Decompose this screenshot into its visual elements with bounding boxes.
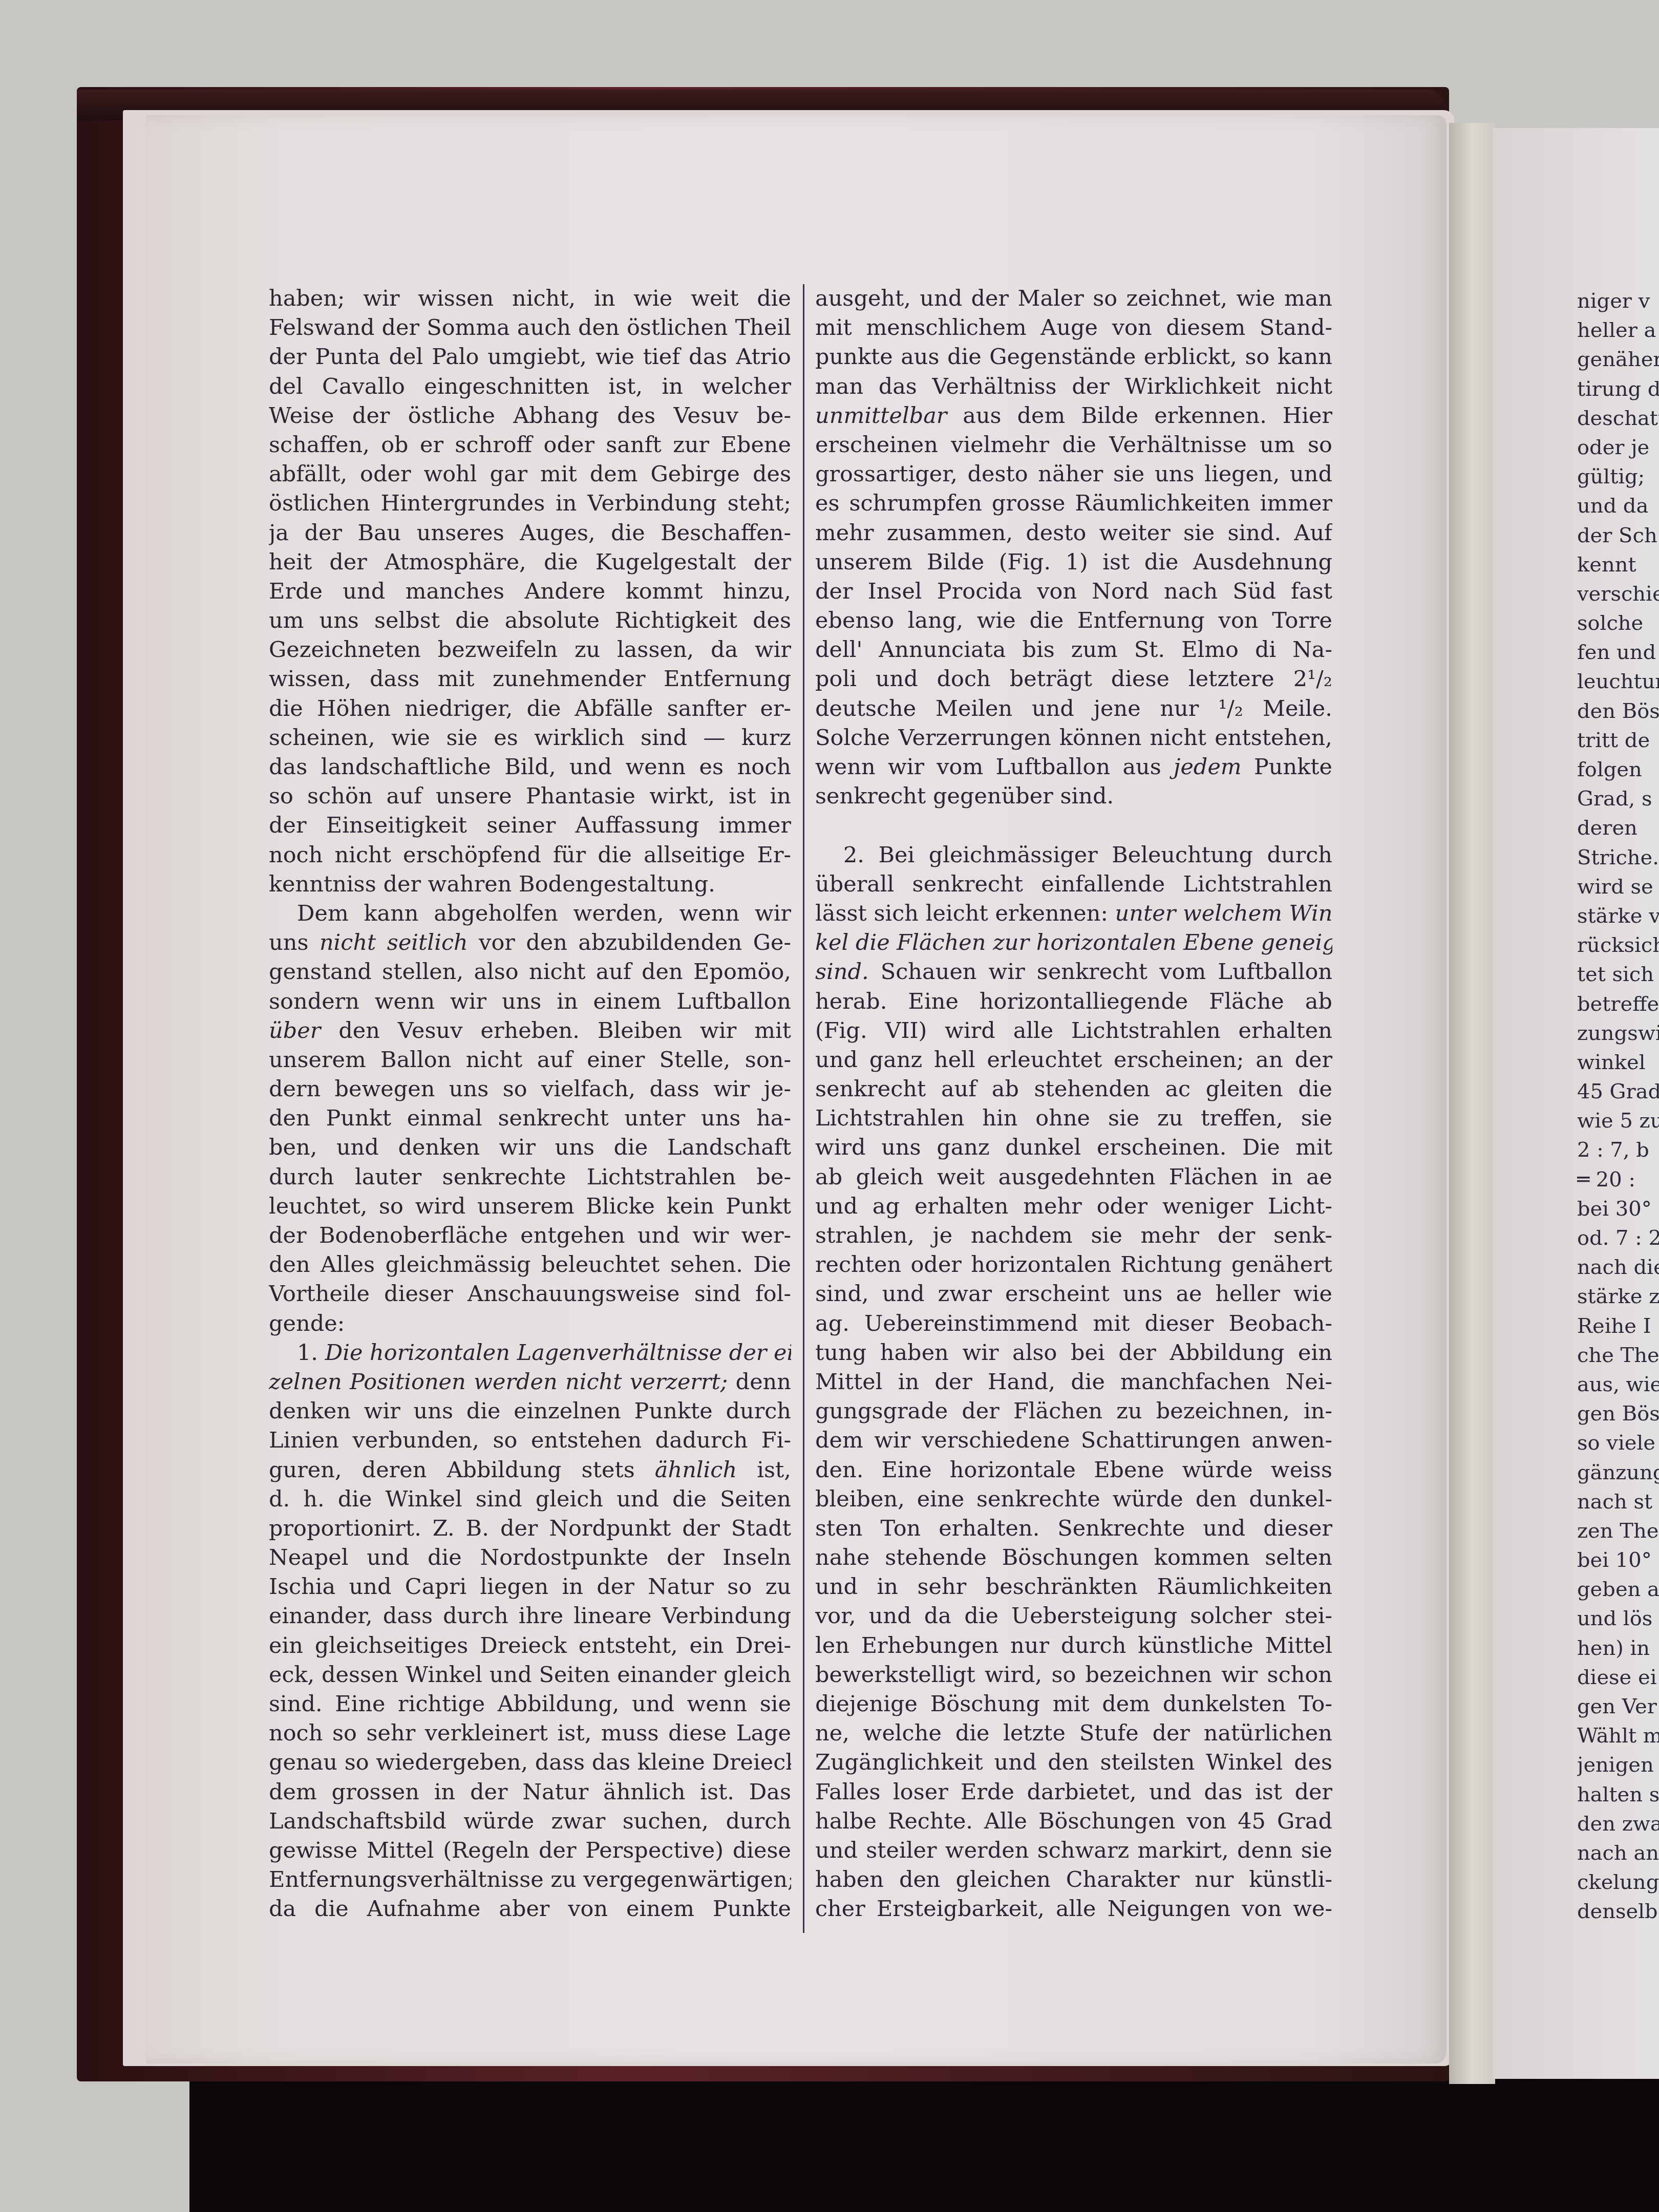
text-line: Lichtstrahlen hin ohne sie zu treffen, s… [815, 1104, 1332, 1133]
fragment-line: hen) in [1577, 1634, 1659, 1663]
fragment-line: Striche. [1577, 843, 1659, 873]
fragment-line: Wählt m [1577, 1721, 1659, 1751]
column-divider-rule [803, 284, 804, 1933]
text-line: noch so sehr verkleinert ist, muss diese… [269, 1719, 791, 1748]
fragment-line: und lös [1577, 1604, 1659, 1633]
text-line: zelnen Positionen werden nicht verzerrt;… [269, 1368, 791, 1397]
text-line: del Cavallo eingeschnitten ist, in welch… [269, 372, 791, 401]
text-line: sind. Schauen wir senkrecht vom Luftball… [815, 958, 1332, 987]
text-line: 2. Bei gleichmässiger Beleuchtung durch [815, 841, 1332, 870]
fragment-line: nach an [1577, 1839, 1659, 1868]
table-shadow [189, 2074, 1659, 2212]
text-line: grossartiger, desto näher sie uns liegen… [815, 460, 1332, 489]
text-line: einander, dass durch ihre lineare Verbin… [269, 1602, 791, 1631]
text-line: Landschaftsbild würde zwar suchen, durch [269, 1807, 791, 1836]
emphasis: kel die Flächen zur horizontalen Ebene g… [815, 930, 1332, 955]
text-line: cher Ersteigbarkeit, alle Neigungen von … [815, 1895, 1332, 1924]
text-line: Weise der östliche Abhang des Vesuv be- [269, 401, 791, 431]
fragment-line: ckelunge [1577, 1868, 1659, 1897]
text-line: und ag erhalten mehr oder weniger Licht- [815, 1192, 1332, 1221]
text-line: und ganz hell erleuchtet erscheinen; an … [815, 1046, 1332, 1075]
text-line: senkrecht auf ab stehenden ac gleiten di… [815, 1075, 1332, 1104]
right-page-text-fragment: niger vheller agenähertirung ddeschattod… [1577, 287, 1659, 1927]
text-line: ja der Bau unseres Auges, die Beschaffen… [269, 519, 791, 548]
text-line: östlichen Hintergrundes in Verbindung st… [269, 489, 791, 518]
fragment-line: jenigen [1577, 1751, 1659, 1780]
fragment-line: ═ 20 : [1577, 1165, 1659, 1195]
text-line: tung haben wir also bei der Abbildung ei… [815, 1338, 1332, 1368]
fragment-line: bei 30° [1577, 1195, 1659, 1224]
fragment-line: den zwa [1577, 1810, 1659, 1839]
fragment-line: Grad, s [1577, 784, 1659, 814]
text-line: der Punta del Palo umgiebt, wie tief das… [269, 343, 791, 372]
text-line: die Höhen niedriger, die Abfälle sanfter… [269, 694, 791, 724]
text-line: Neapel und die Nordostpunkte der Inseln [269, 1543, 791, 1572]
fragment-line: den Bös [1577, 697, 1659, 726]
text-line: ein gleichseitiges Dreieck entsteht, ein… [269, 1631, 791, 1661]
emphasis: jedem [1174, 754, 1242, 780]
fragment-line: oder je [1577, 433, 1659, 462]
text-line: sten Ton erhalten. Senkrechte und dieser [815, 1514, 1332, 1543]
fragment-line: 45 Grad [1577, 1077, 1659, 1107]
fragment-line: bei 10° [1577, 1546, 1659, 1575]
right-text-column: ausgeht, und der Maler so zeichnet, wie … [815, 284, 1332, 1924]
fragment-line: diese ei [1577, 1663, 1659, 1692]
left-text-column: haben; wir wissen nicht, in wie weit die… [269, 284, 791, 1924]
fragment-line: winkel [1577, 1048, 1659, 1077]
text-line: lässt sich leicht erkennen: unter welche… [815, 899, 1332, 928]
fragment-line: heller a [1577, 316, 1659, 345]
text-line: unserem Ballon nicht auf einer Stelle, s… [269, 1046, 791, 1075]
fragment-line: rücksich [1577, 931, 1659, 960]
text-line: sind, und zwar erscheint uns ae heller w… [815, 1280, 1332, 1309]
emphasis: sind. [815, 959, 869, 985]
emphasis: unter welchem Win- [1115, 901, 1332, 926]
fragment-line: verschie [1577, 580, 1659, 609]
fragment-line: che The [1577, 1341, 1659, 1370]
fragment-line: nach die [1577, 1253, 1659, 1282]
fragment-line: tet sich [1577, 960, 1659, 989]
text-line: und in sehr beschränkten Räumlichkeiten [815, 1572, 1332, 1602]
fragment-line: solche [1577, 609, 1659, 638]
text-line: senkrecht gegenüber sind. [815, 782, 1332, 811]
emphasis: über [269, 1018, 321, 1044]
text-line: den Punkt einmal senkrecht unter uns ha- [269, 1104, 791, 1133]
text-line: proportionirt. Z. B. der Nordpunkt der S… [269, 1514, 791, 1543]
text-line: Linien verbunden, so entstehen dadurch F… [269, 1426, 791, 1455]
text-line: Mittel in der Hand, die manchfachen Nei- [815, 1368, 1332, 1397]
text-line: wird uns ganz dunkel erscheinen. Die mit [815, 1133, 1332, 1162]
fragment-line: leuchtun [1577, 667, 1659, 696]
text-line: rechten oder horizontalen Richtung genäh… [815, 1250, 1332, 1280]
fragment-line: Reihe I [1577, 1312, 1659, 1341]
fragment-line: 2 : 7, b [1577, 1136, 1659, 1165]
text-line: kel die Flächen zur horizontalen Ebene g… [815, 928, 1332, 958]
text-line: (Fig. VII) wird alle Lichtstrahlen erhal… [815, 1016, 1332, 1046]
text-line: um uns selbst die absolute Richtigkeit d… [269, 606, 791, 635]
text-line: erscheinen vielmehr die Verhältnisse um … [815, 431, 1332, 460]
fragment-line: nach st [1577, 1487, 1659, 1517]
text-line: ne, welche die letzte Stufe der natürlic… [815, 1719, 1332, 1748]
text-line: den Alles gleichmässig beleuchtet sehen.… [269, 1250, 791, 1280]
text-line: über den Vesuv erheben. Bleiben wir mit [269, 1016, 791, 1046]
text-line: den. Eine horizontale Ebene würde weiss [815, 1456, 1332, 1485]
text-line: Zugänglichkeit und den steilsten Winkel … [815, 1748, 1332, 1777]
text-line: len Erhebungen nur durch künstliche Mitt… [815, 1631, 1332, 1661]
paragraph-gap [815, 811, 1332, 840]
text-line: abfällt, oder wohl gar mit dem Gebirge d… [269, 460, 791, 489]
text-line: mehr zusammen, desto weiter sie sind. Au… [815, 519, 1332, 548]
text-line: haben den gleichen Charakter nur künstli… [815, 1865, 1332, 1895]
fragment-line: aus, wie [1577, 1370, 1659, 1399]
text-line: genau so wiedergeben, dass das kleine Dr… [269, 1748, 791, 1777]
text-line: der Einseitigkeit seiner Auffassung imme… [269, 811, 791, 840]
fragment-line: stärke v [1577, 902, 1659, 931]
text-line: ben, und denken wir uns die Landschaft [269, 1133, 791, 1162]
fragment-line: gänzung [1577, 1458, 1659, 1487]
text-line: überall senkrecht einfallende Lichtstrah… [815, 870, 1332, 899]
text-line: bewerkstelligt wird, so bezeichnen wir s… [815, 1661, 1332, 1690]
fragment-line: wird se [1577, 873, 1659, 902]
fragment-line: niger v [1577, 287, 1659, 316]
text-line: es schrumpfen grosse Räumlichkeiten imme… [815, 489, 1332, 518]
text-line: gewisse Mittel (Regeln der Perspective) … [269, 1836, 791, 1865]
fragment-line: tirung d [1577, 375, 1659, 404]
emphasis: zelnen Positionen werden nicht verzerrt; [269, 1369, 728, 1395]
text-line: durch lauter senkrechte Lichtstrahlen be… [269, 1163, 791, 1192]
fragment-line: denselbe [1577, 1897, 1659, 1926]
fragment-line: gen Bös [1577, 1399, 1659, 1429]
book-gutter [1449, 123, 1495, 2084]
text-line: Falles loser Erde darbietet, und das ist… [815, 1778, 1332, 1807]
text-line: ab gleich weit ausgedehnten Flächen in a… [815, 1163, 1332, 1192]
fragment-line: betreffen [1577, 990, 1659, 1019]
fragment-line: deren [1577, 814, 1659, 843]
text-line: dem wir verschiedene Schattirungen anwen… [815, 1426, 1332, 1455]
fragment-line: kennt [1577, 550, 1659, 580]
fragment-line: halten s [1577, 1780, 1659, 1810]
text-line: Entfernungsverhältnisse zu vergegenwärti… [269, 1865, 791, 1895]
text-line: dell' Annunciata bis zum St. Elmo di Na- [815, 635, 1332, 665]
text-line: wissen, dass mit zunehmender Entfernung [269, 665, 791, 694]
text-line: ag. Uebereinstimmend mit dieser Beobach- [815, 1309, 1332, 1338]
fragment-line: deschatt [1577, 404, 1659, 433]
text-line: schaffen, ob er schroff oder sanft zur E… [269, 431, 791, 460]
text-line: und steiler werden schwarz markirt, denn… [815, 1836, 1332, 1865]
text-line: haben; wir wissen nicht, in wie weit die [269, 284, 791, 313]
text-line: gungsgrade der Flächen zu bezeichnen, in… [815, 1397, 1332, 1426]
fragment-line: stärke z [1577, 1282, 1659, 1311]
text-line: deutsche Meilen und jene nur ¹/₂ Meile. [815, 694, 1332, 724]
fragment-line: wie 5 zu [1577, 1107, 1659, 1136]
text-line: dern bewegen uns so vielfach, dass wir j… [269, 1075, 791, 1104]
text-line: unserem Bilde (Fig. 1) ist die Ausdehnun… [815, 548, 1332, 577]
text-line: diejenige Böschung mit dem dunkelsten To… [815, 1690, 1332, 1719]
text-line: nahe stehende Böschungen kommen selten [815, 1543, 1332, 1572]
fragment-line: so viele [1577, 1429, 1659, 1458]
text-line: eck, dessen Winkel und Seiten einander g… [269, 1661, 791, 1690]
fragment-line: od. 7 : 2 [1577, 1224, 1659, 1253]
text-line: gende: [269, 1309, 791, 1338]
emphasis: Die horizontalen Lagenverhältnisse der e… [325, 1340, 791, 1366]
fragment-line: gültig; [1577, 462, 1659, 492]
text-line: bleiben, eine senkrechte würde den dunke… [815, 1485, 1332, 1514]
fragment-line: geben a [1577, 1575, 1659, 1604]
text-line: der Insel Procida von Nord nach Süd fast [815, 577, 1332, 606]
text-line: guren, deren Abbildung stets ähnlich ist… [269, 1456, 791, 1485]
text-line: mit menschlichem Auge von diesem Stand- [815, 313, 1332, 343]
text-line: denken wir uns die einzelnen Punkte durc… [269, 1397, 791, 1426]
text-line: d. h. die Winkel sind gleich und die Sei… [269, 1485, 791, 1514]
text-line: unmittelbar aus dem Bilde erkennen. Hier [815, 401, 1332, 431]
text-line: poli und doch beträgt diese letztere 2¹/… [815, 665, 1332, 694]
fragment-line: genäher [1577, 345, 1659, 374]
fragment-line: fen und [1577, 638, 1659, 667]
fragment-line: der Sch [1577, 521, 1659, 550]
fragment-line: tritt de [1577, 726, 1659, 755]
text-line: genstand stellen, also nicht auf den Epo… [269, 958, 791, 987]
text-line: dem grossen in der Natur ähnlich ist. Da… [269, 1778, 791, 1807]
text-line: Dem kann abgeholfen werden, wenn wir [269, 899, 791, 928]
fragment-line: gen Ver [1577, 1692, 1659, 1721]
text-line: 1. Die horizontalen Lagenverhältnisse de… [269, 1338, 791, 1368]
text-line: Vortheile dieser Anschauungsweise sind f… [269, 1280, 791, 1309]
text-line: vor, und da die Uebersteigung solcher st… [815, 1602, 1332, 1631]
text-line: scheinen, wie sie es wirklich sind — kur… [269, 724, 791, 753]
text-line: Gezeichneten bezweifeln zu lassen, da wi… [269, 635, 791, 665]
text-line: halbe Rechte. Alle Böschungen von 45 Gra… [815, 1807, 1332, 1836]
emphasis: ähnlich [655, 1457, 737, 1483]
text-line: da die Aufnahme aber von einem Punkte [269, 1895, 791, 1924]
text-line: herab. Eine horizontalliegende Fläche ab [815, 987, 1332, 1016]
text-line: Solche Verzerrungen können nicht entsteh… [815, 724, 1332, 753]
emphasis: unmittelbar [815, 403, 947, 429]
text-line: wenn wir vom Luftballon aus jedem Punkte [815, 753, 1332, 782]
text-line: so schön auf unsere Phantasie wirkt, ist… [269, 782, 791, 811]
text-line: Ischia und Capri liegen in der Natur so … [269, 1572, 791, 1602]
text-line: Erde und manches Andere kommt hinzu, [269, 577, 791, 606]
text-line: strahlen, je nachdem sie mehr der senk- [815, 1221, 1332, 1250]
text-line: sondern wenn wir uns in einem Luftballon [269, 987, 791, 1016]
text-line: heit der Atmosphäre, die Kugelgestalt de… [269, 548, 791, 577]
text-line: leuchtet, so wird unserem Blicke kein Pu… [269, 1192, 791, 1221]
text-line: ausgeht, und der Maler so zeichnet, wie … [815, 284, 1332, 313]
text-line: man das Verhältniss der Wirklichkeit nic… [815, 372, 1332, 401]
emphasis: nicht seitlich [320, 930, 468, 955]
text-line: Felswand der Somma auch den östlichen Th… [269, 313, 791, 343]
text-line: der Bodenoberfläche entgehen und wir wer… [269, 1221, 791, 1250]
fragment-line: zungswin [1577, 1019, 1659, 1048]
fragment-line: und da [1577, 492, 1659, 521]
text-line: noch nicht erschöpfend für die allseitig… [269, 841, 791, 870]
fragment-line: zen The [1577, 1517, 1659, 1546]
text-line: das landschaftliche Bild, und wenn es no… [269, 753, 791, 782]
text-line: punkte aus die Gegenstände erblickt, so … [815, 343, 1332, 372]
text-line: uns nicht seitlich vor den abzubildenden… [269, 928, 791, 958]
text-line: sind. Eine richtige Abbildung, und wenn … [269, 1690, 791, 1719]
fragment-line: folgen [1577, 755, 1659, 784]
text-line: kenntniss der wahren Bodengestaltung. [269, 870, 791, 899]
text-line: ebenso lang, wie die Entfernung von Torr… [815, 606, 1332, 635]
